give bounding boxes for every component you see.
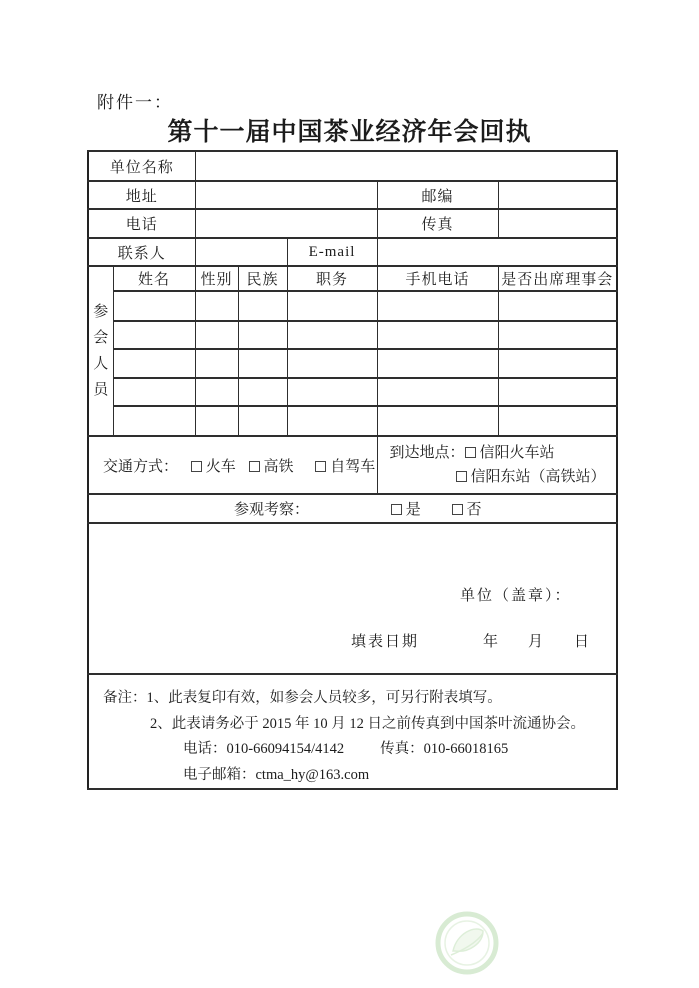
attendee-cell[interactable]	[377, 406, 498, 436]
checkbox-icon[interactable]	[391, 504, 402, 515]
transport-label: 交通方式：	[103, 459, 178, 475]
attendee-cell[interactable]	[113, 321, 195, 349]
attendee-cell[interactable]	[195, 321, 238, 349]
leaf-icon	[453, 929, 483, 951]
attendee-cell[interactable]	[377, 321, 498, 349]
row-visit: 参观考察： 是 否	[88, 494, 617, 523]
attendee-cell[interactable]	[238, 378, 287, 406]
fax-label: 传真	[377, 209, 498, 238]
attendee-row	[88, 349, 617, 378]
checkbox-icon[interactable]	[465, 447, 476, 458]
date-label: 填表日期	[351, 630, 419, 651]
transport-option-selfdrive: 自驾车	[315, 459, 375, 475]
unit-name-label: 单位名称	[88, 151, 195, 181]
attendee-cell[interactable]	[498, 321, 617, 349]
date-unit-day: 日	[574, 630, 589, 651]
attendee-cell[interactable]	[195, 349, 238, 378]
attendees-vertical-text: 参会人员	[93, 299, 108, 403]
col-header-position: 职务	[287, 266, 377, 291]
row-unit-name: 单位名称	[88, 151, 617, 181]
date-unit-year: 年	[483, 630, 498, 651]
attendee-row	[88, 406, 617, 436]
attendees-group-label: 参会人员	[88, 266, 113, 436]
attendee-cell[interactable]	[195, 291, 238, 321]
attendee-cell[interactable]	[195, 406, 238, 436]
note-line-2: 2、此表请务必于 2015 年 10 月 12 日之前传真到中国茶叶流通协会。	[150, 712, 606, 738]
transport-cell: 交通方式： 火车 高铁 自驾车	[88, 436, 377, 494]
row-address: 地址 邮编	[88, 181, 617, 209]
attendee-cell[interactable]	[377, 349, 498, 378]
attendee-cell[interactable]	[238, 349, 287, 378]
address-label: 地址	[88, 181, 195, 209]
attendee-cell[interactable]	[287, 321, 377, 349]
attendee-row	[88, 321, 617, 349]
transport-option-train: 火车	[191, 459, 236, 475]
visit-option-no: 否	[452, 502, 482, 518]
checkbox-icon[interactable]	[315, 461, 326, 472]
note-line-3: 电话：010-66094154/4142传真：010-66018165	[183, 737, 606, 763]
email-field[interactable]	[377, 238, 617, 266]
attendee-cell[interactable]	[113, 291, 195, 321]
attendee-row	[88, 378, 617, 406]
phone-field[interactable]	[195, 209, 377, 238]
row-transport: 交通方式： 火车 高铁 自驾车 到达地点：信阳火车站 信阳东站（高铁站）	[88, 436, 617, 494]
notes-phone: 电话：010-66094154/4142	[183, 741, 344, 757]
attachment-label: 附件一：	[97, 88, 173, 113]
postcode-field[interactable]	[498, 181, 617, 209]
attendee-cell[interactable]	[287, 406, 377, 436]
row-seal-date: 单位（盖章）： 填表日期 年 月 日	[88, 523, 617, 674]
arrival-cell: 到达地点：信阳火车站 信阳东站（高铁站）	[377, 436, 617, 494]
notes-email: 电子邮箱：ctma_hy@163.com	[183, 763, 606, 789]
arrival-option-station: 信阳火车站	[465, 445, 555, 461]
checkbox-icon[interactable]	[456, 471, 467, 482]
postcode-label: 邮编	[377, 181, 498, 209]
visit-option-yes: 是	[391, 502, 421, 518]
phone-label: 电话	[88, 209, 195, 238]
attendee-cell[interactable]	[287, 378, 377, 406]
leaf-logo-watermark	[433, 909, 501, 977]
page-title: 第十一届中国茶业经济年会回执	[0, 112, 699, 148]
attendee-row	[88, 291, 617, 321]
unit-name-field[interactable]	[195, 151, 617, 181]
attendee-cell[interactable]	[498, 349, 617, 378]
visit-label: 参观考察：	[234, 502, 309, 518]
email-label: E-mail	[287, 238, 377, 266]
attendee-cell[interactable]	[238, 321, 287, 349]
arrival-label: 到达地点：	[390, 445, 465, 461]
checkbox-icon[interactable]	[452, 504, 463, 515]
attendee-cell[interactable]	[498, 291, 617, 321]
col-header-ethnicity: 民族	[238, 266, 287, 291]
contact-field[interactable]	[195, 238, 287, 266]
arrival-option-east-station: 信阳东站（高铁站）	[456, 469, 606, 485]
arrival-line-2: 信阳东站（高铁站）	[456, 465, 617, 489]
date-unit-month: 月	[528, 630, 543, 651]
checkbox-icon[interactable]	[249, 461, 260, 472]
attendee-cell[interactable]	[113, 349, 195, 378]
attendee-cell[interactable]	[377, 291, 498, 321]
address-field[interactable]	[195, 181, 377, 209]
checkbox-icon[interactable]	[191, 461, 202, 472]
arrival-line-1: 到达地点：信阳火车站	[390, 441, 617, 465]
col-header-council: 是否出席理事会	[498, 266, 617, 291]
note-line-1: 备注：1、此表复印有效，如参会人员较多，可另行附表填写。	[103, 686, 606, 712]
notes-cell: 备注：1、此表复印有效，如参会人员较多，可另行附表填写。 2、此表请务必于 20…	[88, 674, 617, 789]
notes-fax: 传真：010-66018165	[380, 741, 508, 757]
seal-date-cell: 单位（盖章）： 填表日期 年 月 日	[88, 523, 617, 674]
row-phone: 电话 传真	[88, 209, 617, 238]
attendee-cell[interactable]	[287, 349, 377, 378]
attendee-cell[interactable]	[113, 378, 195, 406]
attendee-cell[interactable]	[377, 378, 498, 406]
attendee-cell[interactable]	[498, 406, 617, 436]
fax-field[interactable]	[498, 209, 617, 238]
attendee-cell[interactable]	[195, 378, 238, 406]
visit-cell: 参观考察： 是 否	[88, 494, 617, 523]
col-header-gender: 性别	[195, 266, 238, 291]
attendee-cell[interactable]	[287, 291, 377, 321]
col-header-name: 姓名	[113, 266, 195, 291]
col-header-mobile: 手机电话	[377, 266, 498, 291]
attendee-cell[interactable]	[498, 378, 617, 406]
document-page: 附件一： 第十一届中国茶业经济年会回执 单位名称 地址 邮编 电话 传真 联系人…	[0, 0, 699, 988]
reply-form-table: 单位名称 地址 邮编 电话 传真 联系人 E-mail 参会人员 姓名 性	[87, 150, 618, 790]
attendee-cell[interactable]	[238, 406, 287, 436]
attendee-cell[interactable]	[238, 291, 287, 321]
transport-option-highspeed: 高铁	[249, 459, 294, 475]
seal-label: 单位（盖章）：	[460, 584, 572, 605]
row-contact: 联系人 E-mail	[88, 238, 617, 266]
attendee-header-row: 参会人员 姓名 性别 民族 职务 手机电话 是否出席理事会	[88, 266, 617, 291]
row-notes: 备注：1、此表复印有效，如参会人员较多，可另行附表填写。 2、此表请务必于 20…	[88, 674, 617, 789]
notes-label: 备注：	[103, 690, 147, 706]
attendee-cell[interactable]	[113, 406, 195, 436]
contact-label: 联系人	[88, 238, 195, 266]
